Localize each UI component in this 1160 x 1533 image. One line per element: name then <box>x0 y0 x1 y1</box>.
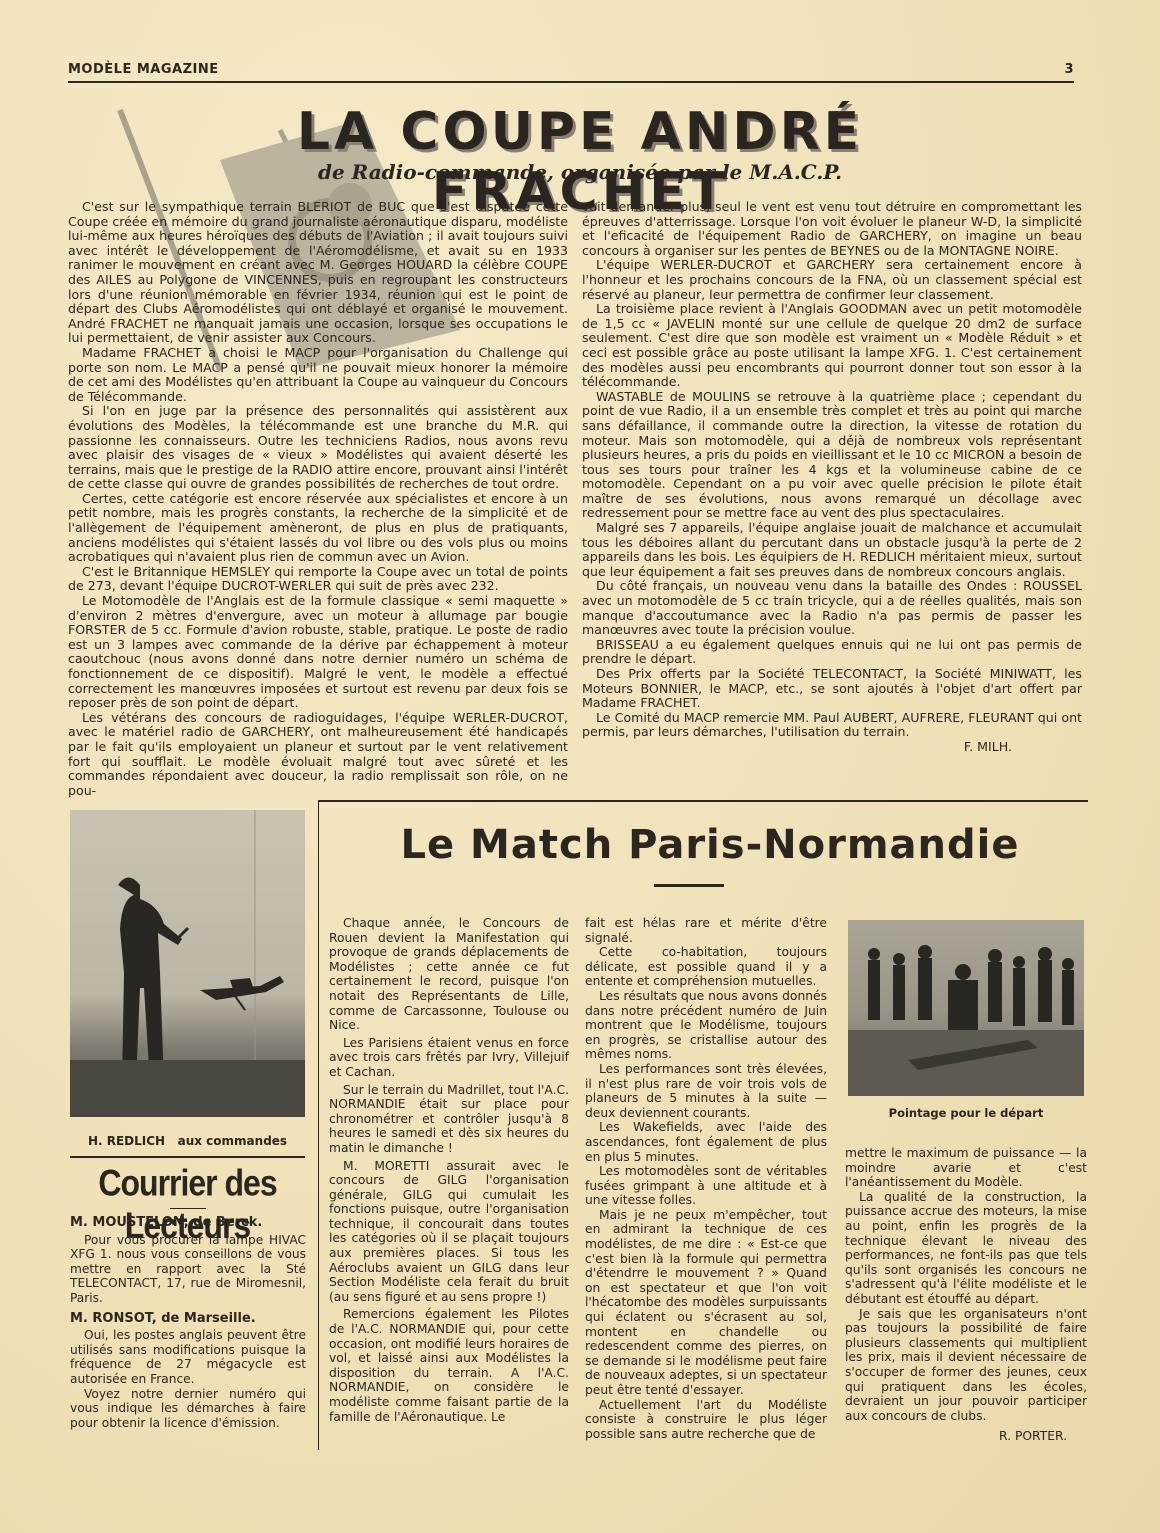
paragraph: Oui, les postes anglais peuvent être uti… <box>70 1328 306 1386</box>
paragraph: Remercions également les Pilotes de l'A.… <box>329 1307 569 1424</box>
title-rule <box>654 884 724 887</box>
photo-pointage <box>848 920 1084 1096</box>
paragraph: Je sais que les organisateurs n'ont pas … <box>845 1307 1087 1424</box>
paragraph: Des Prix offerts par la Société TELECONT… <box>582 667 1082 711</box>
paragraph: Les résultats que nous avons donnés dans… <box>585 989 827 1062</box>
magazine-name: MODÈLE MAGAZINE <box>68 62 219 77</box>
column-divider <box>318 800 319 1450</box>
paragraph: BRISSEAU a eu également quelques ennuis … <box>582 638 1082 667</box>
magazine-page: MODÈLE MAGAZINE 3 LA COUPE ANDRÉ FRACHET… <box>0 0 1160 1533</box>
caption-rule <box>70 1156 305 1158</box>
paragraph: Malgré ses 7 appareils, l'équipe anglais… <box>582 521 1082 579</box>
photo-caption-redlich: H. REDLICH aux commandes <box>70 1134 305 1148</box>
article2-column-3: mettre le maximum de puissance — la moin… <box>845 1146 1087 1444</box>
paragraph: Du côté français, un nouveau venu dans l… <box>582 579 1082 637</box>
letter-place: de Marseille. <box>161 1311 255 1326</box>
paragraph: fait est hélas rare et mérite d'être sig… <box>585 916 827 945</box>
article2-title: Le Match Paris-Normandie <box>330 822 1090 868</box>
paragraph: mettre le maximum de puissance — la moin… <box>845 1146 1087 1190</box>
paragraph: Les motomodèles sont de véritables fusée… <box>585 1164 827 1208</box>
paragraph: Mais je ne peux m'empêcher, tout en admi… <box>585 1208 827 1398</box>
page-number: 3 <box>1064 62 1074 77</box>
caption-name: H. REDLICH <box>88 1134 165 1148</box>
letter-place: de Berck. <box>193 1215 262 1230</box>
paragraph: Le Motomodèle de l'Anglais est de la for… <box>68 594 568 711</box>
article2-column-1: Chaque année, le Concours de Rouen devie… <box>329 916 569 1424</box>
paragraph: vait demander plus, seul le vent est ven… <box>582 200 1082 258</box>
photo-redlich <box>70 810 305 1117</box>
courrier-column: M. MOUSTELON, de Berck. Pour vous procur… <box>70 1214 306 1430</box>
caption-text: aux commandes <box>178 1134 287 1148</box>
paragraph: La qualité de la construction, la puissa… <box>845 1190 1087 1307</box>
paragraph: Certes, cette catégorie est encore réser… <box>68 492 568 565</box>
paragraph: Les vétérans des concours de radioguidag… <box>68 711 568 799</box>
paragraph: Chaque année, le Concours de Rouen devie… <box>329 916 569 1033</box>
paragraph: Actuellement l'art du Modéliste consiste… <box>585 1398 827 1442</box>
article-subtitle: de Radio-commande, organisée par le M.A.… <box>150 160 1010 184</box>
article2-column-2: fait est hélas rare et mérite d'être sig… <box>585 916 827 1441</box>
running-header: MODÈLE MAGAZINE 3 <box>68 62 1074 83</box>
article1-right-column: vait demander plus, seul le vent est ven… <box>582 200 1082 755</box>
author-signature: R. PORTER. <box>845 1429 1087 1444</box>
paragraph: Madame FRACHET a choisi le MACP pour l'o… <box>68 346 568 404</box>
letter-author: M. MOUSTELON, <box>70 1215 189 1230</box>
letter-heading: M. MOUSTELON, de Berck. <box>70 1216 306 1231</box>
paragraph: WASTABLE de MOULINS se retrouve à la qua… <box>582 390 1082 521</box>
paragraph: M. MORETTI assurait avec le concours de … <box>329 1159 569 1305</box>
photo-caption-pointage: Pointage pour le départ <box>848 1106 1084 1120</box>
paragraph: C'est sur le sympathique terrain BLERIOT… <box>68 200 568 346</box>
letter-heading: M. RONSOT, de Marseille. <box>70 1312 306 1327</box>
paragraph: Les Wakefields, avec l'aide des ascendan… <box>585 1120 827 1164</box>
paragraph: Les Parisiens étaient venus en force ave… <box>329 1036 569 1080</box>
paragraph: Voyez notre dernier numéro qui vous indi… <box>70 1387 306 1431</box>
author-signature: F. MILH. <box>582 740 1082 755</box>
paragraph: La troisième place revient à l'Anglais G… <box>582 302 1082 390</box>
courrier-rule <box>170 1208 206 1209</box>
crowd-at-start-image <box>848 920 1084 1096</box>
man-with-model-plane-image <box>70 810 305 1117</box>
paragraph: Les performances sont très élevées, il n… <box>585 1062 827 1120</box>
paragraph: Le Comité du MACP remercie MM. Paul AUBE… <box>582 711 1082 740</box>
paragraph: Pour vous procurer la lampe HIVAC XFG 1.… <box>70 1233 306 1306</box>
letter-author: M. RONSOT, <box>70 1311 157 1326</box>
paragraph: L'équipe WERLER-DUCROT et GARCHERY sera … <box>582 258 1082 302</box>
paragraph: C'est le Britannique HEMSLEY qui remport… <box>68 565 568 594</box>
section-divider <box>318 800 1088 802</box>
paragraph: Cette co-habitation, toujours délicate, … <box>585 945 827 989</box>
paragraph: Sur le terrain du Madrillet, tout l'A.C.… <box>329 1083 569 1156</box>
paragraph: Si l'on en juge par la présence des pers… <box>68 404 568 492</box>
article1-left-column: C'est sur le sympathique terrain BLERIOT… <box>68 200 568 798</box>
